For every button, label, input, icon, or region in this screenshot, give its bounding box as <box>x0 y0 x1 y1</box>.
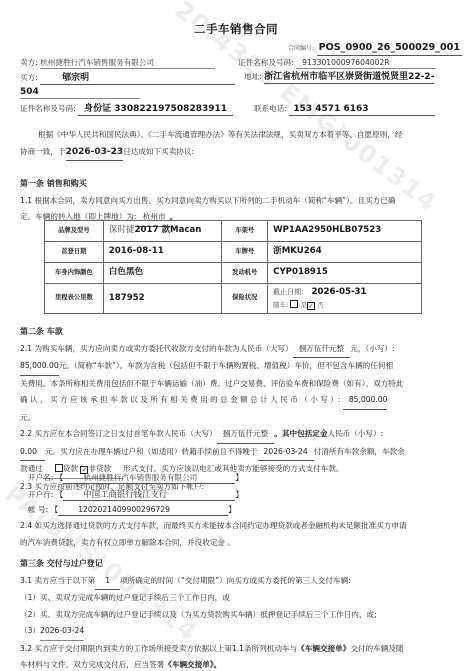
seller-id-row: 证件名称及号码: 91330100097604002R <box>238 58 436 69</box>
account-number-row: 帐 号: 【1202021409900296729】 <box>28 505 236 516</box>
article-2-4: 2.4 如买方选择通过贷款的方式支付车款，而最终买方未能按本合同约定办理贷款或者… <box>20 518 456 551</box>
mileage-value: 187952 <box>103 284 222 314</box>
plate-value: 浙MKU264 <box>268 242 422 263</box>
color-label: 车身内饰颜色 <box>45 263 104 284</box>
bank-row: 开户行: 【中国工商银行钱江支行】 <box>28 489 243 501</box>
article-1-title: 第一条 销售和购买 <box>20 176 456 193</box>
buyer-name: 郇宗明 <box>40 72 235 85</box>
account-number-label: 帐 号: <box>28 505 48 514</box>
preamble-line2: 协商一致，于2026-03-23日达成如下买卖协议: <box>20 144 456 162</box>
preamble-line1: 根据《中华人民共和国民法典》、《二手车流通管理办法》等有关法律法规，买卖双方本着… <box>20 127 456 144</box>
table-row: 首登日期 2016-08-11 车牌号 浙MKU264 <box>45 242 422 263</box>
contract-number-label: 合同编号: <box>288 45 314 52</box>
article-2-title: 第二条 车款 <box>20 324 456 341</box>
buyer-phone-row: 联系电话: 153 4571 6163 <box>254 103 435 116</box>
loan-label: 贷款 <box>63 464 78 473</box>
bank-label: 开户行: <box>28 490 53 499</box>
delivery-option-1: （1）买、卖双方完成车辆的过户登记手续后三个工作日内，或 <box>20 590 456 607</box>
price-words: 捌万伍仟元整 <box>293 341 351 359</box>
article-3: 第三条 交付与过户登记 3.1 卖方应当于以下第1项所确定的时间（“交付期限”）… <box>20 556 456 671</box>
color-value: 白色黑色 <box>103 263 222 284</box>
buyer-phone: 153 4571 6163 <box>289 103 435 116</box>
brand-label: 品牌及型号 <box>45 221 104 242</box>
seller-label: 卖方: <box>20 58 38 67</box>
price-number: 85,000.00 <box>20 358 59 376</box>
buyer-address-line2: 504 <box>20 86 140 99</box>
delivery-option-3: （3）2026-03-24 <box>20 623 456 641</box>
loan-checkbox[interactable] <box>55 464 63 472</box>
vin-label: 车架号 <box>222 221 268 242</box>
first-payment-words: 捌万伍仟元整 <box>217 426 275 444</box>
article-3-title: 第三条 交付与过户登记 <box>20 556 456 573</box>
buyer-address-line2-row: 504 <box>20 86 140 99</box>
article-1-p1-line1: 1.1 根据本合同，卖方同意向买方出售、买方同意向卖方购买以下所列的二手机动车（… <box>20 193 456 210</box>
account-name-label: 开户名: <box>28 473 53 482</box>
brand-value: 保时捷2017 款Macan <box>103 221 222 242</box>
balance-due-date: 2026-03-24 <box>258 444 314 462</box>
bank-name: 中国工商银行钱江支行 <box>63 489 235 501</box>
article-1: 第一条 销售和购买 1.1 根据本合同，卖方同意向买方出售、买方同意向卖方购买以… <box>20 176 456 227</box>
vehicle-info-table: 品牌及型号 保时捷2017 款Macan 车架号 WP1AA2950HLB075… <box>44 220 422 314</box>
buyer-id-type: 身份证 <box>84 104 111 114</box>
buyer-row: 买方: 郇宗明 <box>20 72 235 85</box>
account-name-row: 开户名: 【杭州捷胜行汽车销售服务有限公司】 <box>28 473 243 484</box>
with-car-label: 随车: <box>273 301 288 309</box>
delivery-option-number: 1 <box>95 573 120 591</box>
vin-value: WP1AA2950HLB07523 <box>268 221 422 242</box>
article-2: 第二条 车款 2.1 为购买车辆，买方应向卖方或卖方委托代收款方支付的车款为人民… <box>20 324 456 495</box>
first-reg-value: 2016-08-11 <box>103 242 222 263</box>
with-car-yes-checkbox[interactable] <box>290 300 298 308</box>
insurance-expiry: 2026-05-31 <box>312 287 367 297</box>
delivery-option-2: （2）买、卖双方完成车辆的过户登记手续以及（为买方贷款购买车辆）抵押登记手续后三… <box>20 607 456 624</box>
buyer-address-row: 地址: 浙江省杭州市临平区崇贤街道悦贤里22-2- <box>244 71 434 84</box>
buyer-id-row: 证件名称及号码: 身份证 330822197508283911 <box>20 103 233 116</box>
engine-label: 发动机号 <box>222 263 268 284</box>
insurance-value: 截止日期:2026-05-31 随车: 是✓ 否 <box>268 284 422 314</box>
seller-row: 卖方: 杭州捷胜行汽车销售服务有限公司 <box>20 58 215 69</box>
table-row: 里程表公里数 187952 保险状况 截止日期:2026-05-31 随车: 是… <box>45 284 422 314</box>
plate-label: 车牌号 <box>222 242 268 263</box>
mileage-label: 里程表公里数 <box>45 284 104 314</box>
agreement-date: 2026-03-23 <box>66 144 124 162</box>
non-loan-label: 非贷款 <box>88 464 111 473</box>
seller-name: 杭州捷胜行汽车销售服务有限公司 <box>40 58 215 69</box>
table-row: 车身内饰颜色 白色黑色 发动机号 CYP018915 <box>45 263 422 284</box>
account-name: 杭州捷胜行汽车销售服务有限公司 <box>63 473 235 484</box>
contract-number: POS_0900_26_500029_001 <box>317 42 462 56</box>
seller-id-value: 91330100097604002R <box>296 58 436 69</box>
with-car-no-checkbox[interactable]: ✓ <box>307 302 315 310</box>
document-title: 二手车销售合同 <box>0 22 472 38</box>
preamble: 根据《中华人民共和国民法典》、《二手车流通管理办法》等有关法律法规，买卖双方本着… <box>20 127 456 161</box>
first-reg-label: 首登日期 <box>45 242 104 263</box>
buyer-address-label: 地址: <box>244 72 262 81</box>
delivery-date: 2026-03-24 <box>40 623 84 641</box>
insurance-expiry-label: 截止日期: <box>273 288 303 296</box>
contract-number-row: 合同编号: POS_0900_26_500029_001 <box>288 42 462 56</box>
table-row: 品牌及型号 保时捷2017 款Macan 车架号 WP1AA2950HLB075… <box>45 221 422 242</box>
total-amount: 85,000.00 <box>343 392 388 410</box>
buyer-id-field: 身份证 330822197508283911 <box>78 103 233 116</box>
buyer-id-value: 330822197508283911 <box>114 104 227 114</box>
contract-page: 20.4328 EMG)001314 PAIGUS)001314 二手车销售合同… <box>0 0 472 671</box>
deposit-amount: 0.00 <box>20 444 45 462</box>
with-car-no-label: 否 <box>317 301 324 309</box>
engine-value: CYP018915 <box>268 263 422 284</box>
account-number: 1202021409900296729 <box>58 505 228 516</box>
buyer-address-line1: 浙江省杭州市临平区崇贤街道悦贤里22-2- <box>264 71 434 84</box>
buyer-id-label: 证件名称及号码: <box>20 104 76 113</box>
buyer-label: 买方: <box>20 73 38 82</box>
seller-id-label: 证件名称及号码: <box>238 58 294 67</box>
insurance-label: 保险状况 <box>222 284 268 314</box>
buyer-phone-label: 联系电话: <box>254 104 287 113</box>
